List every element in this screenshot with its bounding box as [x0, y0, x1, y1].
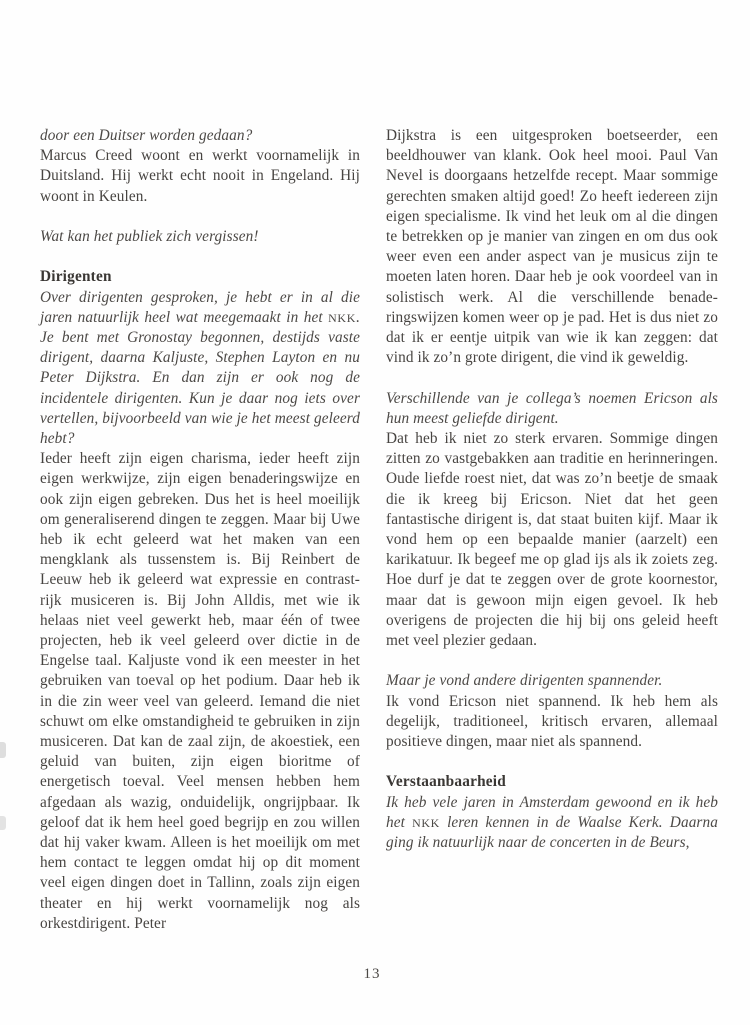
interview-question-paragraph: Maar je vond andere dirigenten spannende… — [386, 671, 718, 691]
interview-answer-paragraph: Marcus Creed woont en werkt voornamelijk… — [40, 146, 360, 207]
interview-question-paragraph: door een Duitser worden gedaan? — [40, 126, 360, 146]
interview-question-paragraph: Wat kan het publiek zich vergissen! — [40, 227, 360, 247]
interview-answer-paragraph: Dijkstra is een uitgesproken boetseerder… — [386, 126, 718, 368]
page-number: 13 — [0, 966, 744, 983]
scanned-book-page: door een Duitser worden gedaan?Marcus Cr… — [0, 0, 750, 1025]
interview-question-paragraph: Over dirigenten gesproken, je hebt er in… — [40, 288, 360, 450]
right-text-column: Dijkstra is een uitgesproken boetseerder… — [386, 126, 718, 934]
left-text-column: door een Duitser worden gedaan?Marcus Cr… — [40, 126, 360, 934]
interview-question-paragraph: Verschillende van je collega’s noemen Er… — [386, 389, 718, 429]
small-caps-abbreviation: NKK — [328, 311, 356, 325]
small-caps-abbreviation: NKK — [412, 816, 440, 830]
section-heading: Verstaanbaarheid — [386, 772, 718, 792]
interview-answer-paragraph: Dat heb ik niet zo sterk ervaren. Sommig… — [386, 429, 718, 651]
text-columns: door een Duitser worden gedaan?Marcus Cr… — [40, 126, 718, 934]
interview-question-paragraph: Ik heb vele jaren in Amsterdam gewoond e… — [386, 793, 718, 854]
interview-answer-paragraph: Ieder heeft zijn eigen charisma, ieder h… — [40, 449, 360, 934]
interview-answer-paragraph: Ik vond Ericson niet spannend. Ik heb he… — [386, 692, 718, 753]
section-heading: Dirigenten — [40, 267, 360, 287]
scan-smudge-mark — [0, 742, 6, 758]
scan-smudge-mark — [0, 816, 6, 830]
